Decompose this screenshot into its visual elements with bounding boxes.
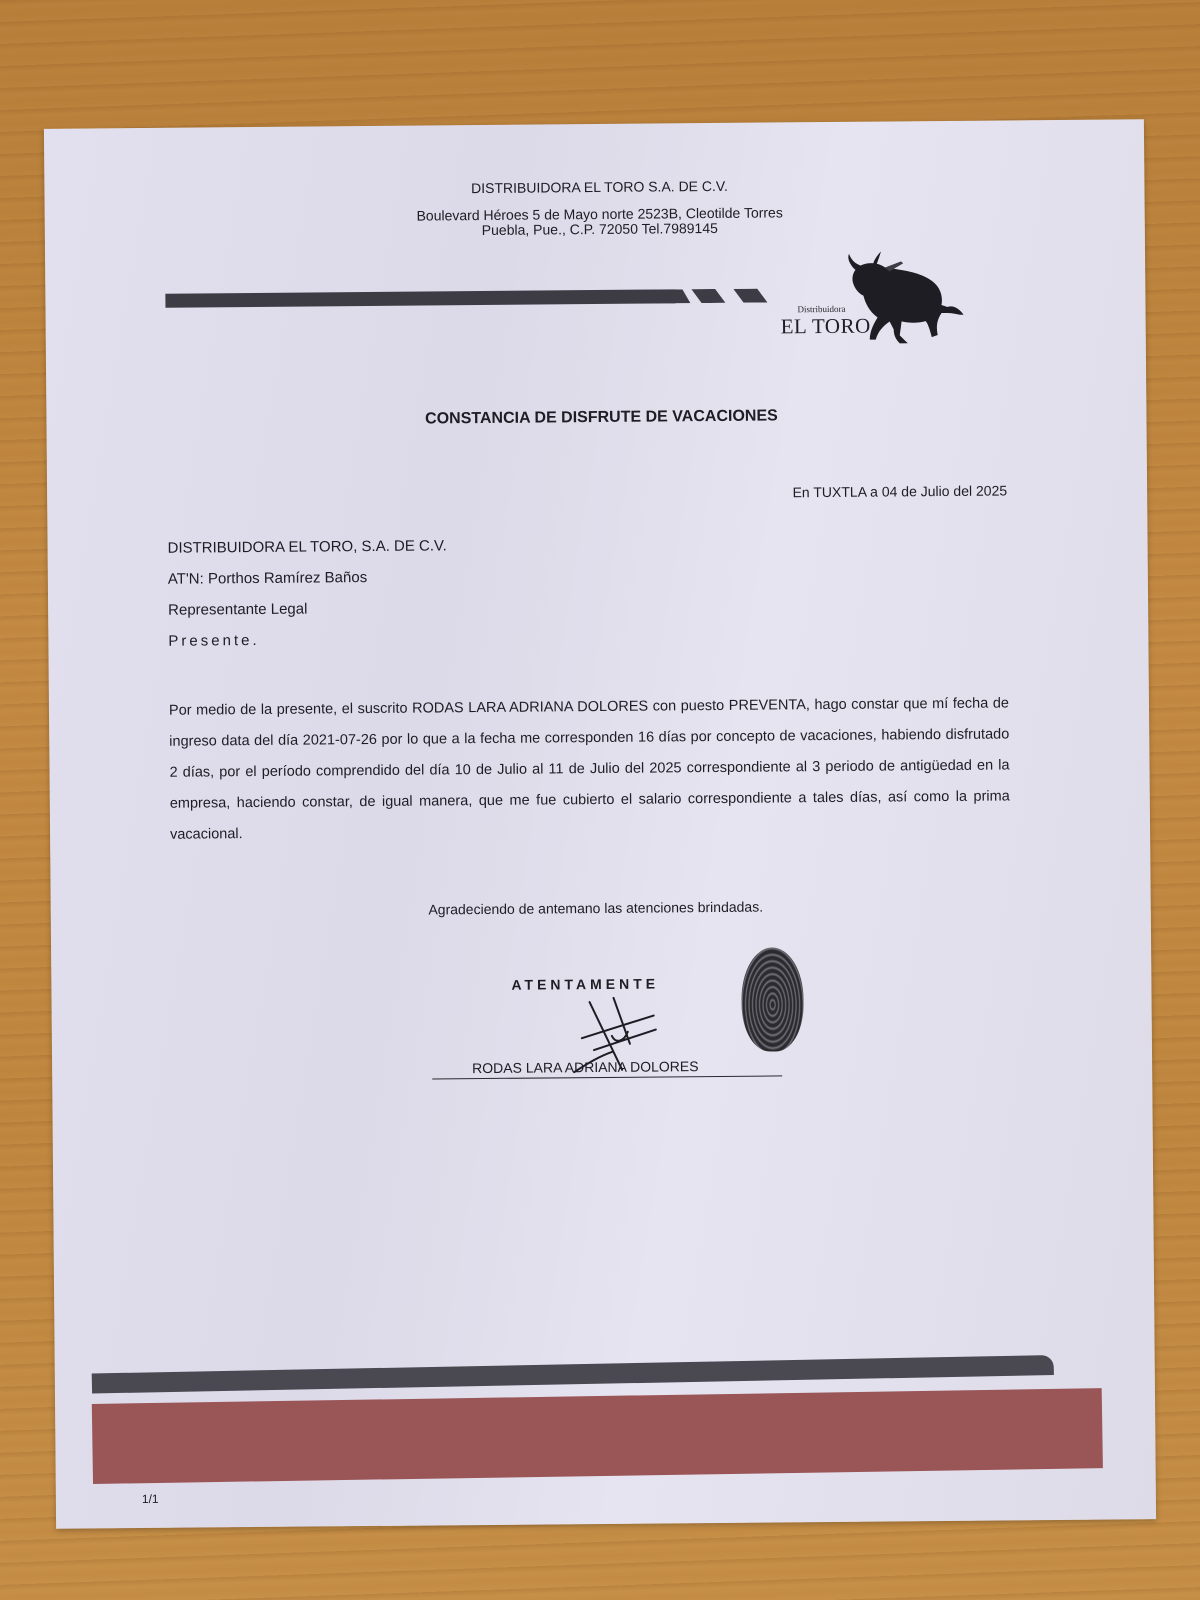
addressee-role: Representante Legal [168,601,307,619]
header-company: DISTRIBUIDORA EL TORO S.A. DE C.V. [44,174,1154,200]
logo-brand: EL TORO [781,314,871,340]
addressee-greeting: Presente. [168,632,259,650]
document-page: DISTRIBUIDORA EL TORO S.A. DE C.V. Boule… [44,119,1156,1529]
header-dash [733,289,767,303]
header-dark-bar [165,289,675,307]
logo-small-text: Distribuidora [797,304,845,314]
sign-off: ATENTAMENTE [511,975,659,992]
addressee-company: DISTRIBUIDORA EL TORO, S.A. DE C.V. [168,537,447,556]
fingerprint [741,947,804,1052]
addressee-attn: AT'N: Porthos Ramírez Baños [168,569,367,588]
document-title: CONSTANCIA DE DISFRUTE DE VACACIONES [46,404,1156,432]
signer-name: RODAS LARA ADRIANA DOLORES [472,1058,699,1076]
footer-red-band [92,1388,1103,1484]
header-dark-bar-tip [670,289,690,303]
company-logo: Distribuidora EL TORO [777,249,968,351]
place-date: En TUXTLA a 04 de Julio del 2025 [792,482,1007,500]
closing-line: Agradeciendo de antemano las atenciones … [51,895,1141,921]
body-paragraph: Por medio de la presente, el suscrito RO… [169,688,1010,850]
header-dash [691,289,725,303]
footer-dark-bar [92,1355,1054,1393]
page-number: 1/1 [142,1492,159,1506]
